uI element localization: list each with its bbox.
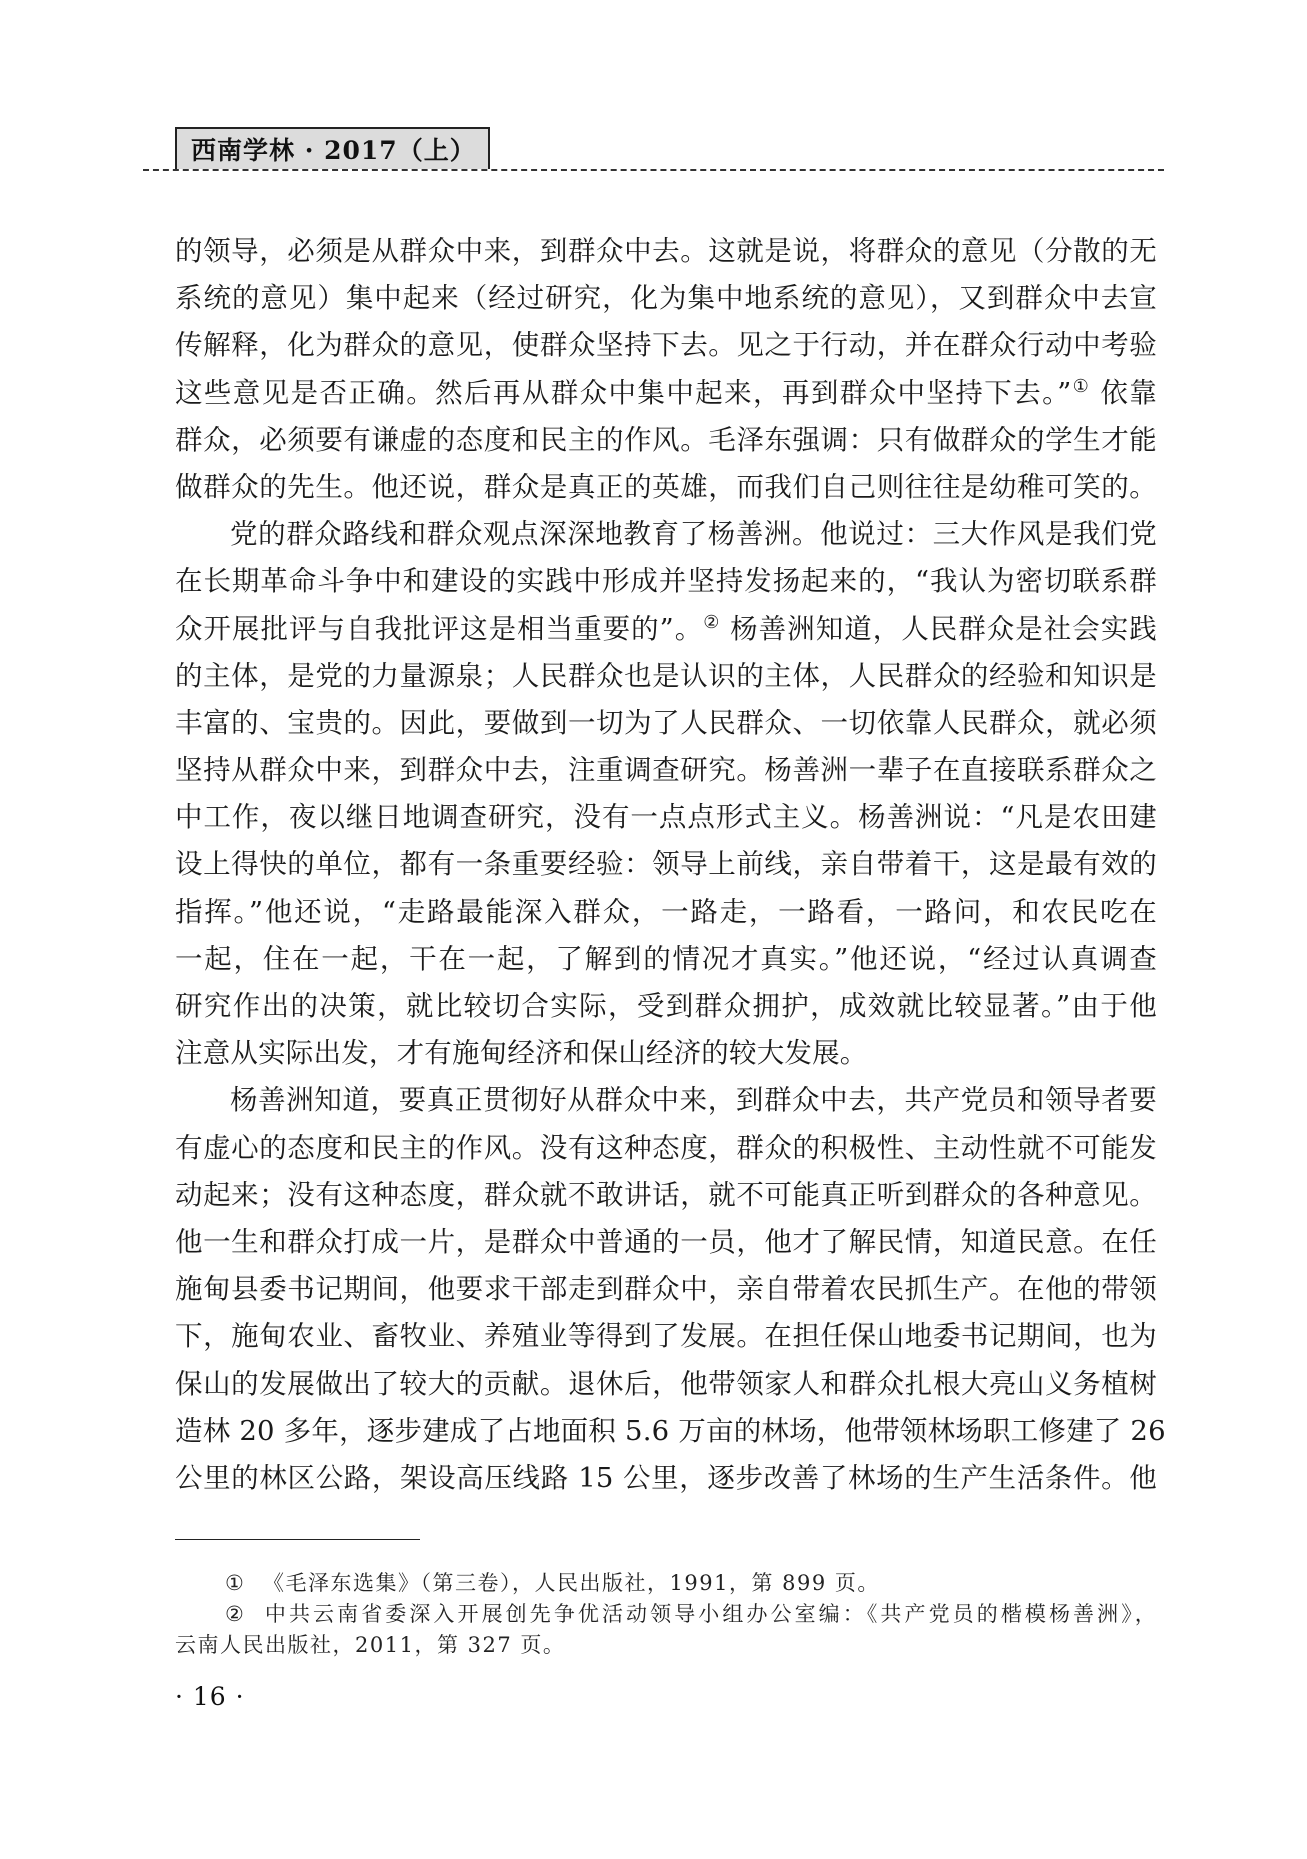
- text-line: 系统的意见）集中起来（经过研究，化为集中地系统的意见），又到群众中去宣: [175, 275, 1157, 322]
- text-line: 研究作出的决策，就比较切合实际，受到群众拥护，成效就比较显著。”由于他: [175, 983, 1157, 1030]
- text-line: 他一生和群众打成一片，是群众中普通的一员，他才了解民情，知道民意。在任: [175, 1219, 1157, 1266]
- text-line: 传解释，化为群众的意见，使群众坚持下去。见之于行动，并在群众行动中考验: [175, 322, 1157, 369]
- text-line: 指挥。”他还说，“走路最能深入群众，一路走，一路看，一路问，和农民吃在: [175, 889, 1157, 936]
- text-segment: 这些意见是否正确。然后再从群众中集中起来，再到群众中坚持下去。”: [175, 377, 1071, 409]
- footnote-1: ①《毛泽东选集》（第三卷），人民出版社，1991，第 899 页。: [175, 1568, 1157, 1599]
- text-line: 设上得快的单位，都有一条重要经验：领导上前线，亲自带着干，这是最有效的: [175, 841, 1157, 888]
- text-line: 公里的林区公路，架设高压线路 15 公里，逐步改善了林场的生产生活条件。他: [175, 1455, 1157, 1502]
- text-line: 在长期革命斗争中和建设的实践中形成并坚持发扬起来的，“我认为密切联系群: [175, 558, 1157, 605]
- text-line: 众开展批评与自我批评这是相当重要的”。② 杨善洲知道，人民群众是社会实践: [175, 606, 1157, 653]
- text-segment: 众开展批评与自我批评这是相当重要的”。: [175, 613, 703, 645]
- body-text: 的领导，必须是从群众中来，到群众中去。这就是说，将群众的意见（分散的无 系统的意…: [175, 228, 1157, 1502]
- text-line: 坚持从群众中来，到群众中去，注重调查研究。杨善洲一辈子在直接联系群众之: [175, 747, 1157, 794]
- text-line: 的领导，必须是从群众中来，到群众中去。这就是说，将群众的意见（分散的无: [175, 228, 1157, 275]
- text-line: 下，施甸农业、畜牧业、养殖业等得到了发展。在担任保山地委书记期间，也为: [175, 1313, 1157, 1360]
- text-line: 这些意见是否正确。然后再从群众中集中起来，再到群众中坚持下去。”① 依靠: [175, 370, 1157, 417]
- footnote-text: 中共云南省委深入开展创先争优活动领导小组办公室编：《共产党员的楷模杨善洲》，: [263, 1602, 1157, 1626]
- header-dashed-rule: [143, 169, 1164, 171]
- footnote-text: 《毛泽东选集》（第三卷），人民出版社，1991，第 899 页。: [263, 1571, 880, 1595]
- text-line: 有虚心的态度和民主的作风。没有这种态度，群众的积极性、主动性就不可能发: [175, 1125, 1157, 1172]
- text-line: 的主体，是党的力量源泉；人民群众也是认识的主体，人民群众的经验和知识是: [175, 653, 1157, 700]
- footnote-mark: ①: [225, 1568, 263, 1599]
- running-head: 西南学林 · 2017（上）: [0, 0, 1307, 180]
- page-number: · 16 ·: [175, 1682, 245, 1711]
- footnote-2: ②中共云南省委深入开展创先争优活动领导小组办公室编：《共产党员的楷模杨善洲》，: [175, 1599, 1157, 1630]
- journal-title-box: 西南学林 · 2017（上）: [175, 127, 490, 169]
- footnotes: ①《毛泽东选集》（第三卷），人民出版社，1991，第 899 页。 ②中共云南省…: [175, 1568, 1157, 1661]
- text-line: 动起来；没有这种态度，群众就不敢讲话，就不可能真正听到群众的各种意见。: [175, 1172, 1157, 1219]
- text-line: 造林 20 多年，逐步建成了占地面积 5.6 万亩的林场，他带领林场职工修建了 …: [175, 1408, 1157, 1455]
- text-line: 群众，必须要有谦虚的态度和民主的作风。毛泽东强调：只有做群众的学生才能: [175, 417, 1157, 464]
- footnote-separator: [175, 1539, 420, 1540]
- paragraph-start-line: 杨善洲知道，要真正贯彻好从群众中来，到群众中去，共产党员和领导者要: [175, 1077, 1157, 1124]
- footnote-2-continuation: 云南人民出版社，2011，第 327 页。: [175, 1630, 1157, 1661]
- text-line: 中工作，夜以继日地调查研究，没有一点点形式主义。杨善洲说：“凡是农田建: [175, 794, 1157, 841]
- text-line: 保山的发展做出了较大的贡献。退休后，他带领家人和群众扎根大亮山义务植树: [175, 1361, 1157, 1408]
- text-segment: 依靠: [1100, 377, 1157, 409]
- text-segment: 杨善洲知道，人民群众是社会实践: [730, 613, 1157, 645]
- journal-title: 西南学林 · 2017（上）: [191, 131, 476, 167]
- footnote-mark: ②: [225, 1599, 263, 1630]
- paragraph-start-line: 党的群众路线和群众观点深深地教育了杨善洲。他说过：三大作风是我们党: [175, 511, 1157, 558]
- text-line: 做群众的先生。他还说，群众是真正的英雄，而我们自己则往往是幼稚可笑的。: [175, 464, 1157, 511]
- text-line: 丰富的、宝贵的。因此，要做到一切为了人民群众、一切依靠人民群众，就必须: [175, 700, 1157, 747]
- paragraph-end-line: 注意从实际出发，才有施甸经济和保山经济的较大发展。: [175, 1030, 1157, 1077]
- text-line: 一起，住在一起，干在一起，了解到的情况才真实。”他还说，“经过认真调查: [175, 936, 1157, 983]
- footnote-ref-1[interactable]: ①: [1071, 376, 1090, 397]
- footnote-ref-2[interactable]: ②: [703, 612, 720, 633]
- text-line: 施甸县委书记期间，他要求干部走到群众中，亲自带着农民抓生产。在他的带领: [175, 1266, 1157, 1313]
